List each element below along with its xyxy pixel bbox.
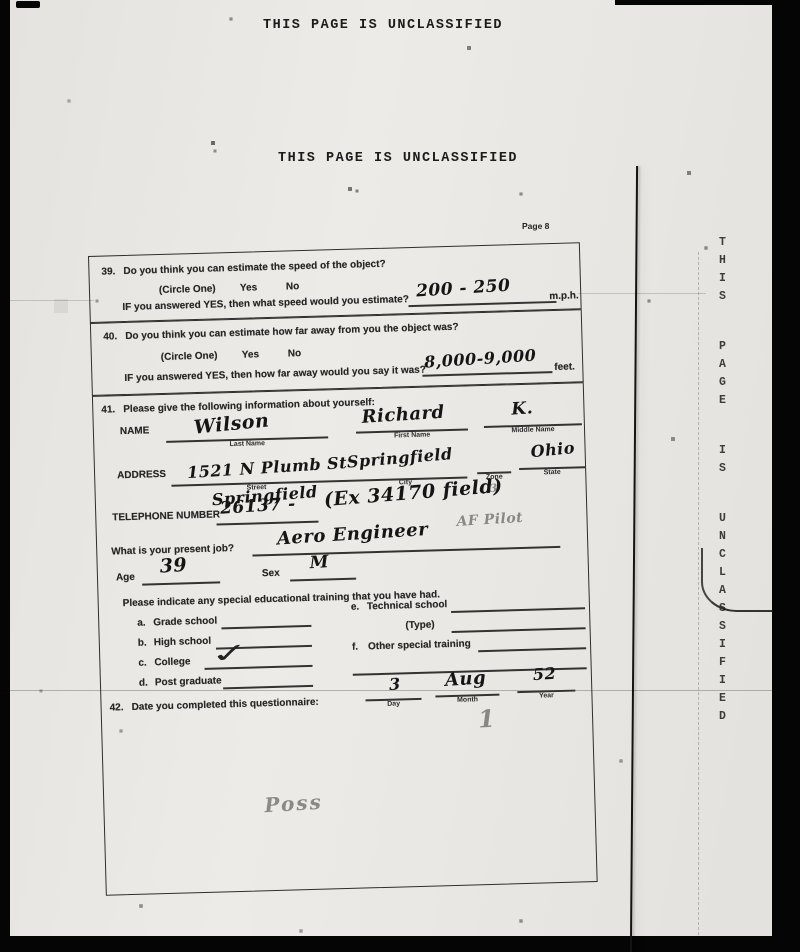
q39-yes-option: Yes: [240, 282, 258, 293]
q39-unit-label: m.p.h.: [549, 290, 579, 302]
job-handwriting: Aero Engineer: [276, 519, 428, 549]
q40-circle-one-label: (Circle One): [161, 350, 218, 363]
edu-c-label: College: [154, 656, 190, 668]
age-label: Age: [116, 572, 135, 584]
scan-edge-top: [615, 0, 775, 5]
q40-unit-label: feet.: [554, 361, 575, 373]
age-handwriting: 39: [159, 554, 188, 578]
college-checkmark: ✓: [209, 637, 251, 670]
unclassified-banner-top: THIS PAGE IS UNCLASSIFIED: [263, 18, 503, 33]
name-label: NAME: [120, 425, 150, 437]
scan-mark-top-left: [16, 1, 40, 8]
city-handwriting: Springfield: [346, 444, 453, 471]
telephone-line: [217, 521, 319, 525]
edu-f-line: [478, 647, 586, 652]
stray-pen-stroke: 1: [477, 704, 496, 734]
q40-no-option: No: [288, 348, 302, 359]
sex-line: [290, 578, 356, 581]
edu-b-key: b.: [138, 638, 147, 649]
edu-b-label: High school: [154, 636, 212, 649]
q40-number: 40.: [103, 331, 117, 342]
q40-question: Do you think you can estimate how far aw…: [125, 322, 459, 342]
edu-d-label: Post graduate: [155, 675, 222, 688]
date-year-handwriting: 52: [532, 664, 556, 684]
sex-label: Sex: [262, 568, 280, 579]
q41-number: 41.: [101, 404, 115, 415]
date-year-caption: Year: [517, 692, 575, 701]
q42-number: 42.: [109, 702, 123, 713]
q40-followup: IF you answered YES, then how far away w…: [124, 365, 426, 384]
edu-a-label: Grade school: [153, 616, 217, 629]
address-label: ADDRESS: [117, 469, 166, 481]
edu-a-line: [221, 625, 311, 629]
scan-edge-bottom: [0, 936, 800, 952]
question-40-box: 40. Do you think you can estimate how fa…: [90, 309, 584, 396]
state-caption: State: [519, 468, 585, 477]
page-number-label: Page 8: [522, 221, 549, 231]
q39-answer-handwriting: 200 - 250: [416, 276, 511, 302]
question-41-box: 41. Please give the following informatio…: [92, 382, 598, 896]
scanned-questionnaire-page: THIS PAGE IS UNCLASSIFIED THIS PAGE IS U…: [0, 0, 800, 952]
middle-name-handwriting: K.: [511, 398, 534, 419]
q39-circle-one-label: (Circle One): [159, 283, 216, 296]
edu-f-label: Other special training: [368, 638, 471, 652]
scan-scratch-left: [0, 300, 94, 301]
edu-type-line: [452, 627, 586, 632]
scan-edge-left: [0, 0, 10, 952]
fold-crease-line: [630, 166, 639, 952]
scan-edge-right: [772, 0, 800, 952]
state-handwriting: Ohio: [530, 438, 576, 461]
unclassified-banner-side: THIS PAGE IS UNCLASSIFIED: [716, 236, 729, 728]
date-month-handwriting: Aug: [444, 667, 486, 691]
questionnaire-form: 39. Do you think you can estimate the sp…: [88, 242, 600, 898]
edu-f-key: f.: [352, 642, 358, 653]
job-note-handwriting: AF Pilot: [456, 510, 524, 530]
faint-scrawl: Poss: [264, 790, 324, 818]
edu-e-key: e.: [351, 602, 360, 613]
edu-e-line: [451, 607, 585, 612]
sex-handwriting: M: [309, 552, 330, 573]
q42-question: Date you completed this questionnaire:: [131, 697, 318, 713]
date-day-handwriting: 3: [388, 674, 401, 694]
date-day-caption: Day: [366, 700, 422, 709]
edu-c-key: c.: [138, 658, 147, 669]
q40-answer-handwriting: 8,000-9,000: [424, 346, 537, 372]
edu-d-line: [223, 685, 313, 689]
edu-a-key: a.: [137, 618, 146, 629]
q40-yes-option: Yes: [242, 349, 260, 360]
perforation-dash-line: [698, 252, 699, 940]
telephone-handwriting: 26137 -: [220, 494, 297, 519]
last-name-handwriting: Wilson: [193, 409, 270, 438]
scan-scratch-right: [578, 293, 706, 294]
edu-d-key: d.: [139, 677, 148, 688]
unclassified-banner-mid: THIS PAGE IS UNCLASSIFIED: [278, 151, 518, 166]
middle-name-caption: Middle Name: [484, 425, 582, 435]
edu-e-label: Technical school: [367, 599, 448, 612]
scan-noise: [0, 0, 2, 2]
q39-number: 39.: [101, 266, 115, 277]
first-name-handwriting: Richard: [361, 402, 445, 428]
edu-type-label: (Type): [405, 619, 435, 631]
q39-no-option: No: [286, 281, 300, 292]
margin-bracket-mark: [701, 548, 773, 612]
age-line: [142, 581, 220, 585]
q39-answer-line: [408, 301, 556, 307]
q39-question: Do you think you can estimate the speed …: [123, 259, 385, 277]
telephone-label: TELEPHONE NUMBER: [112, 509, 220, 523]
street-handwriting: 1521 N Plumb St: [187, 453, 348, 482]
q39-followup: IF you answered YES, then what speed wou…: [122, 294, 409, 313]
q40-answer-line: [422, 371, 552, 376]
